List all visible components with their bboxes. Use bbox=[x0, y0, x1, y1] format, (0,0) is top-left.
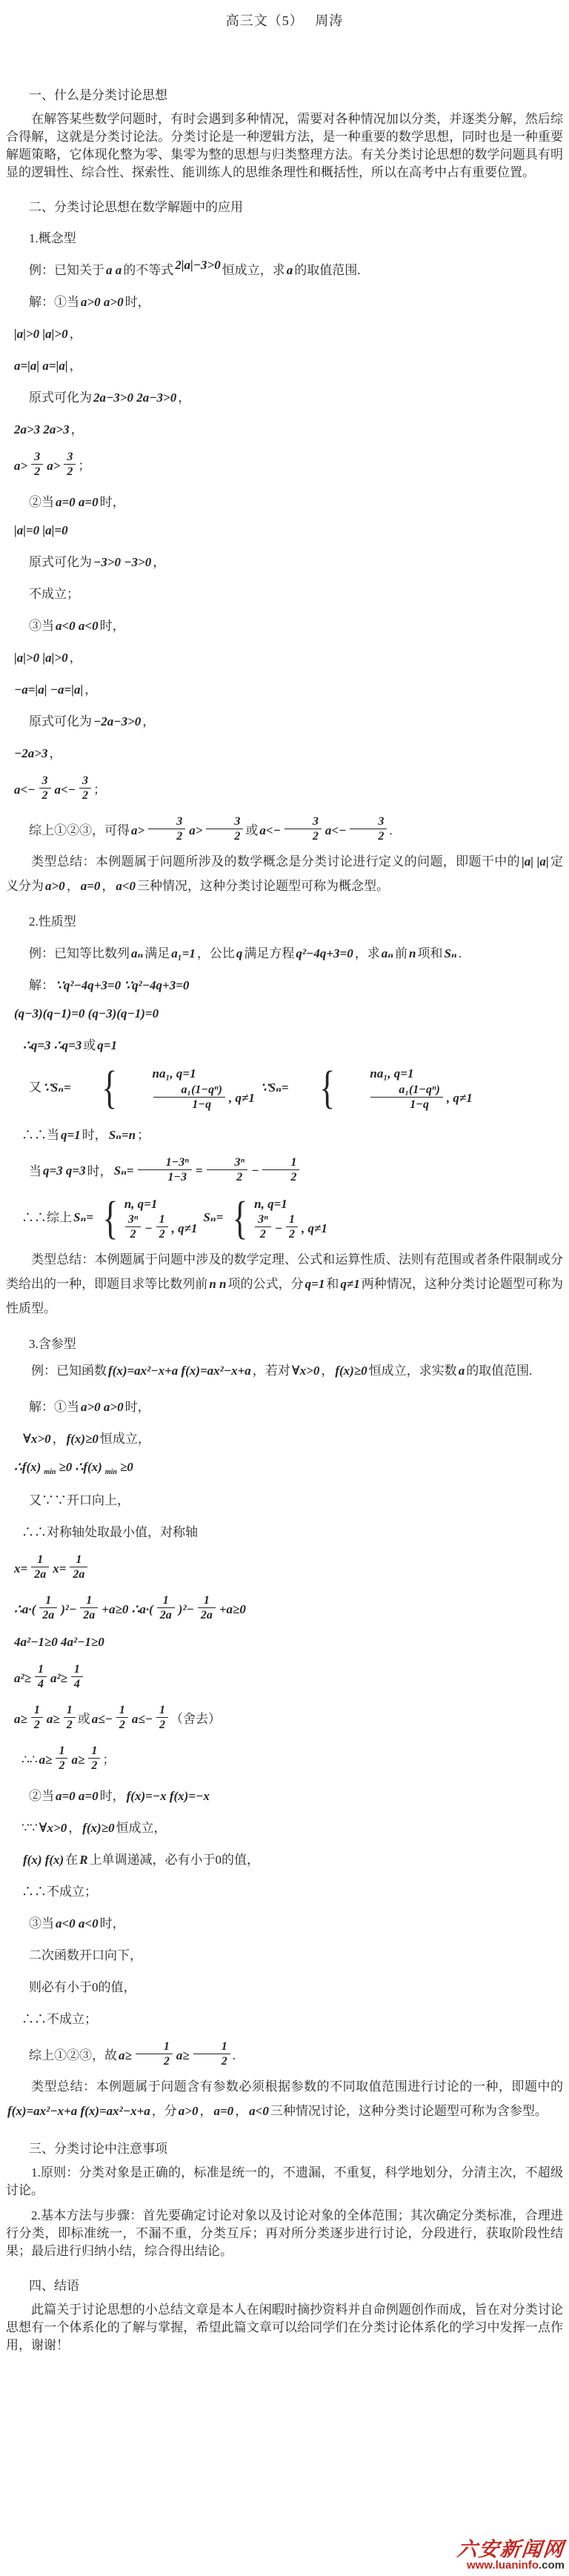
text-run: ； bbox=[78, 459, 90, 473]
case-row: na₁, q=1 bbox=[126, 1066, 256, 1081]
math-run: a≥ bbox=[13, 1712, 29, 1726]
text-run: ③当 bbox=[29, 1916, 54, 1931]
text-run: ③当 bbox=[29, 619, 54, 633]
fraction: 3ⁿ2 bbox=[255, 1213, 271, 1241]
math-run: n, q=1 bbox=[123, 1197, 159, 1211]
math-run: 2|a|−3>0 bbox=[173, 258, 222, 272]
math-run: a≥ bbox=[70, 1753, 86, 1767]
text-run: 恒成立， bbox=[100, 1432, 150, 1446]
doc-line: |a|=0 |a|=0 bbox=[13, 523, 565, 538]
fraction: 3ⁿ2 bbox=[207, 1156, 248, 1184]
text-run: ， bbox=[178, 391, 190, 405]
math-run: ∴a·( bbox=[13, 1602, 37, 1616]
text-run: ， bbox=[70, 327, 82, 341]
text-run: ∴∴不成立； bbox=[21, 1885, 97, 1899]
math-run: f(x)=ax²−x+a f(x)=ax²−x+a bbox=[107, 1364, 253, 1378]
math-run: q=1 bbox=[96, 1038, 119, 1052]
fraction: 32 bbox=[206, 815, 243, 843]
text-run: 的取值范围. bbox=[294, 263, 360, 277]
site-url-suffix: .com bbox=[539, 2559, 565, 2572]
math-run: n n bbox=[207, 1277, 227, 1291]
fraction: 12 bbox=[31, 1704, 43, 1731]
math-subscript: min bbox=[42, 1468, 57, 1476]
math-subscript: min bbox=[104, 1468, 119, 1476]
fraction: 12 bbox=[116, 1704, 128, 1731]
text-run: 综上①②③，可得 bbox=[29, 823, 130, 837]
fraction: 32 bbox=[31, 451, 43, 478]
text-run: 时， bbox=[100, 495, 125, 509]
math-run: a> bbox=[13, 459, 29, 473]
math-run: Sₙ= bbox=[113, 1163, 136, 1178]
fraction: 12a bbox=[31, 1553, 49, 1581]
doc-line: −a=|a| −a=|a|， bbox=[13, 679, 565, 697]
paragraph-conclusion: 此篇关于讨论思想的小总结文章是本人在闲暇时摘抄资料并自命例题创作而成，旨在对分类… bbox=[6, 2301, 563, 2354]
doc-line: 二次函数开口向下， bbox=[4, 1945, 565, 1963]
text-run: 时， bbox=[100, 1916, 125, 1931]
text-run: 项的公式，分 bbox=[228, 1277, 304, 1291]
math-run: ∵Sₙ= bbox=[41, 1080, 73, 1095]
piecewise-cases: {n, q=13ⁿ2−12, q≠1 bbox=[227, 1197, 328, 1241]
piecewise-cases: {na₁, q=1a₁(1−qⁿ)1−q, q≠1 bbox=[76, 1066, 256, 1111]
doc-line: ∴∴当q=1时，Sₙ=n； bbox=[21, 1124, 565, 1143]
math-run: a>0 a>0 bbox=[79, 295, 125, 309]
math-run: a<− bbox=[258, 823, 282, 837]
fraction: 32 bbox=[284, 815, 322, 843]
doc-line: ∀x>0，f(x)≥0恒成立， bbox=[21, 1428, 565, 1447]
math-run: a> bbox=[130, 823, 146, 837]
text-run: 和 bbox=[326, 1277, 339, 1291]
text-run: 例：已知关于 bbox=[29, 263, 104, 277]
text-run: ，分 bbox=[152, 2104, 177, 2118]
fraction: 12 bbox=[286, 1213, 298, 1241]
case-row: a₁(1−qⁿ)1−q, q≠1 bbox=[343, 1083, 473, 1111]
site-url-main: www.luaninfo bbox=[467, 2559, 539, 2572]
text-run: 则必有小于0的值， bbox=[29, 1980, 136, 1994]
text-run: 原式可化为 bbox=[29, 391, 92, 405]
math-run: n bbox=[407, 946, 417, 960]
doc-line: a<−32a<−32； bbox=[13, 774, 565, 802]
math-run: a bbox=[285, 263, 295, 277]
type-summary-concept: 类型总结：本例题属于问题所涉及的数学概念是分类讨论进行定义的问题，即题干中的|a… bbox=[6, 849, 563, 898]
math-run: )²− bbox=[59, 1602, 78, 1616]
math-run: a> bbox=[45, 459, 61, 473]
case-row: n, q=1 bbox=[253, 1197, 329, 1212]
fraction: 32 bbox=[64, 451, 76, 478]
fraction: a₁(1−qⁿ)1−q bbox=[153, 1083, 226, 1111]
paragraph-principle: 1.原则：分类对象是正确的，标准是统一的，不遗漏，不重复，科学地划分，分清主次，… bbox=[6, 2164, 563, 2200]
fraction: 12 bbox=[156, 1213, 168, 1241]
text-run: 上单调递减，必有小于0的值， bbox=[90, 1853, 260, 1867]
section-heading-4: 四、结语 bbox=[4, 2275, 565, 2294]
math-run: f(x)≥0 bbox=[65, 1432, 100, 1446]
text-run: ， bbox=[70, 359, 82, 373]
text-run: 当 bbox=[29, 1163, 41, 1178]
doc-line: 解：①当a>0 a>0时， bbox=[4, 1396, 565, 1415]
math-run: x= bbox=[13, 1561, 29, 1576]
doc-line: ∴a·(12a)²−12a+a≥0 ∴a·(12a)²−12a+a≥0 bbox=[13, 1594, 565, 1621]
text-run: ； bbox=[137, 1128, 150, 1142]
text-run: ∴∴ bbox=[21, 1753, 38, 1767]
text-run: 三种情况，这种分类讨论题型可称为概念型。 bbox=[137, 879, 389, 893]
math-run: f(x)=ax²−x+a f(x)=ax²−x+a bbox=[6, 2104, 152, 2118]
case-row: na₁, q=1 bbox=[343, 1066, 473, 1081]
doc-line: |a|>0 |a|>0， bbox=[13, 647, 565, 665]
math-run: Sₙ= bbox=[72, 1210, 95, 1224]
text-run: 时， bbox=[100, 619, 125, 633]
subsection-parameter: 3.含参型 bbox=[4, 1333, 565, 1352]
doc-line: 则必有小于0的值， bbox=[4, 1976, 565, 1995]
math-run: , q≠1 bbox=[227, 1091, 256, 1105]
doc-line: 又∵∵开口向上， bbox=[4, 1490, 565, 1508]
text-run: 满足方程 bbox=[244, 946, 294, 960]
math-run: ∴f(x) bbox=[13, 1460, 42, 1474]
fraction: 14 bbox=[71, 1663, 83, 1690]
doc-line: 原式可化为2a−3>0 2a−3>0， bbox=[4, 387, 565, 405]
doc-line: 当q=3 q=3时，Sₙ=1−3ⁿ1−3=3ⁿ2−12 bbox=[4, 1156, 565, 1184]
text-run: 的不等式 bbox=[123, 263, 173, 277]
math-run: a≥ bbox=[117, 2048, 133, 2062]
math-run: n, q=1 bbox=[253, 1197, 289, 1211]
math-run: 2a−3>0 2a−3>0 bbox=[92, 391, 178, 405]
text-run: 二次函数开口向下， bbox=[29, 1948, 142, 1962]
math-run: 2a>3 2a>3 bbox=[13, 422, 71, 436]
math-run: q²−4q+3=0 bbox=[294, 946, 354, 960]
document-page: 高三文（5） 周涛一、什么是分类讨论思想在解答某些数学问题时，有时会遇到多种情况… bbox=[0, 0, 569, 2576]
subsection-concept: 1.概念型 bbox=[4, 228, 565, 246]
math-run: , q≠1 bbox=[300, 1221, 329, 1235]
subsection-property: 2.性质型 bbox=[4, 911, 565, 929]
brace-glyph: { bbox=[301, 1069, 336, 1108]
math-run: Sₙ=n bbox=[107, 1128, 137, 1142]
math-run: ∵Sₙ= bbox=[259, 1080, 290, 1095]
math-run: ∴q=3 ∴q=3 bbox=[21, 1038, 83, 1052]
math-run: Sₙ= bbox=[202, 1210, 224, 1224]
text-run: 或 bbox=[83, 1038, 96, 1052]
watermark: 六安新闻网 www.luaninfo.com bbox=[457, 2539, 565, 2572]
math-run: −a=|a| −a=|a| bbox=[13, 683, 84, 697]
site-url: www.luaninfo.com bbox=[457, 2560, 565, 2572]
doc-line: a²≥14a²≥14 bbox=[13, 1663, 565, 1690]
doc-line: ∴q=3 ∴q=3或q=1 bbox=[21, 1035, 565, 1053]
text-run: 恒成立，求实数 bbox=[369, 1364, 457, 1378]
text-run: 满足 bbox=[144, 946, 170, 960]
doc-line: a>32a>32； bbox=[13, 451, 565, 478]
text-run: ， bbox=[199, 2104, 212, 2118]
fraction: 12a bbox=[39, 1594, 57, 1621]
text-run: 时， bbox=[87, 1163, 113, 1178]
text-run: 综上①②③，故 bbox=[29, 2048, 117, 2062]
math-run: a₁=1 bbox=[170, 946, 197, 960]
text-run: 或 bbox=[245, 823, 258, 837]
fraction: 12a bbox=[80, 1594, 98, 1621]
math-run: a=0 bbox=[212, 2104, 235, 2118]
doc-line: 综上①②③，故a≥12a≥12. bbox=[4, 2040, 565, 2068]
math-run: , q≠1 bbox=[170, 1221, 199, 1235]
doc-line: ∴f(x)min≥0 ∴f(x)min≥0 bbox=[13, 1460, 565, 1476]
fraction: 12a bbox=[157, 1594, 175, 1621]
fraction: 12 bbox=[262, 1156, 299, 1184]
doc-line: ③当a<0 a<0时， bbox=[4, 1913, 565, 1931]
doc-line: 原式可化为−2a−3>0， bbox=[4, 711, 565, 729]
math-run: −3>0 −3>0 bbox=[92, 555, 153, 569]
doc-line: 2a>3 2a>3， bbox=[13, 419, 565, 437]
doc-line: 4a²−1≥0 4a²−1≥0 bbox=[13, 1635, 565, 1650]
math-run: na₁, q=1 bbox=[151, 1066, 198, 1080]
doc-line: 例：已知函数f(x)=ax²−x+a f(x)=ax²−x+a，若对∀x>0，f… bbox=[6, 1358, 563, 1383]
doc-line: 解：①当a>0 a>0时， bbox=[4, 291, 565, 310]
fraction: 32 bbox=[350, 815, 387, 843]
math-run: a<− bbox=[324, 823, 348, 837]
text-run: 恒成立， bbox=[116, 1821, 167, 1835]
doc-line: a=|a| a=|a|， bbox=[13, 355, 565, 374]
text-run: ，若对 bbox=[253, 1364, 290, 1378]
fraction: 32 bbox=[79, 774, 91, 802]
fraction: 12a bbox=[198, 1594, 216, 1621]
case-row: 3ⁿ2−12, q≠1 bbox=[123, 1213, 199, 1241]
doc-title: 高三文（5） 周涛 bbox=[4, 0, 565, 30]
text-run: 的取值范围. bbox=[466, 1364, 532, 1378]
text-run: ，求 bbox=[355, 946, 380, 960]
text-run: 三种情况讨论，这种分类讨论题型可称为含参型。 bbox=[270, 2104, 548, 2118]
math-run: na₁, q=1 bbox=[368, 1066, 415, 1080]
brace-glyph: { bbox=[83, 1069, 118, 1108]
math-run: q=1 bbox=[304, 1277, 327, 1291]
doc-line: ③当a<0 a<0时， bbox=[4, 615, 565, 634]
math-run: aₙ bbox=[380, 946, 395, 960]
text-run: 解：①当 bbox=[29, 1400, 79, 1414]
math-run: ∵q²−4q+3=0 ∵q²−4q+3=0 bbox=[54, 978, 190, 992]
math-run: ≥0 bbox=[119, 1460, 135, 1474]
doc-line: (q−3)(q−1)=0 (q−3)(q−1)=0 bbox=[13, 1006, 565, 1021]
text-run: 时， bbox=[125, 1400, 150, 1414]
text-run: ， bbox=[235, 2104, 247, 2118]
doc-line: −2a>3， bbox=[13, 743, 565, 761]
text-run: ， bbox=[102, 879, 114, 893]
text-run: ∵∵ bbox=[21, 1821, 38, 1835]
math-run: a<− bbox=[53, 783, 78, 797]
fraction: 12 bbox=[193, 2040, 230, 2068]
section-heading-3: 三、分类讨论中注意事项 bbox=[4, 2138, 565, 2157]
math-run: −2a>3 bbox=[13, 746, 50, 760]
math-run: a≥ bbox=[45, 1712, 61, 1726]
text-run: . bbox=[459, 946, 462, 960]
math-run: x= bbox=[51, 1561, 67, 1576]
section-heading-1: 一、什么是分类讨论思想 bbox=[4, 84, 565, 103]
text-run: ∴∴综上 bbox=[21, 1210, 72, 1224]
text-run: 原式可化为 bbox=[29, 714, 92, 728]
math-run: a²≥ bbox=[13, 1671, 33, 1685]
fraction: 12 bbox=[156, 1704, 168, 1731]
text-run: ②当 bbox=[29, 1789, 54, 1803]
brace-glyph: { bbox=[102, 1199, 119, 1238]
doc-line: 又∵Sₙ={na₁, q=1a₁(1−qⁿ)1−q, q≠1∵Sₙ={na₁, … bbox=[4, 1066, 565, 1111]
fraction: 32 bbox=[39, 774, 51, 802]
fraction: a₁(1−qⁿ)1−q bbox=[370, 1083, 443, 1111]
text-run: ， bbox=[321, 1364, 333, 1378]
math-run: − bbox=[273, 1221, 284, 1235]
math-run: a>0 a>0 bbox=[79, 1400, 125, 1414]
fraction: 14 bbox=[35, 1663, 47, 1690]
text-run: 例：已知函数 bbox=[31, 1364, 107, 1378]
math-run: a<0 a<0 bbox=[54, 1916, 100, 1931]
math-run: |a|>0 |a|>0 bbox=[13, 327, 70, 341]
doc-line: ∴∴不成立； bbox=[21, 1881, 565, 1899]
text-run: ， bbox=[70, 651, 82, 665]
math-run: ∀x>0 bbox=[38, 1821, 69, 1835]
type-summary-property: 类型总结：本例题属于问题中涉及的数学定理、公式和运算性质、法则有范围或者条件限制… bbox=[6, 1247, 563, 1321]
fraction: 1−3ⁿ1−3 bbox=[138, 1156, 192, 1184]
math-run: +a≥0 bbox=[218, 1602, 247, 1616]
math-run: −2a−3>0 bbox=[92, 714, 142, 728]
math-run: Sₙ bbox=[442, 946, 458, 960]
text-run: 不成立； bbox=[29, 587, 79, 601]
math-run: +a≥0 ∴a·( bbox=[100, 1602, 155, 1616]
case-row: a₁(1−qⁿ)1−q, q≠1 bbox=[126, 1083, 256, 1111]
math-run: |a|>0 |a|>0 bbox=[13, 651, 70, 665]
doc-line: 例：已知等比数列aₙ满足a₁=1，公比q满足方程q²−4q+3=0，求aₙ前n项… bbox=[4, 943, 565, 961]
doc-line: ②当a=0 a=0时， bbox=[4, 491, 565, 510]
math-run: |a|=0 |a|=0 bbox=[13, 523, 70, 537]
math-run: f(x)≥0 bbox=[333, 1364, 368, 1378]
text-run: ， bbox=[53, 1432, 65, 1446]
case-row: n, q=1 bbox=[123, 1197, 199, 1212]
doc-line: ∴∴综上Sₙ={n, q=13ⁿ2−12, q≠1Sₙ={n, q=13ⁿ2−1… bbox=[21, 1197, 565, 1241]
math-run: |a| |a| bbox=[520, 854, 550, 869]
text-run: 解： bbox=[29, 978, 54, 992]
text-run: ∴∴对称轴处取最小值，对称轴 bbox=[21, 1525, 198, 1539]
doc-line: ∴∴对称轴处取最小值，对称轴 bbox=[21, 1521, 565, 1540]
math-run: = bbox=[194, 1163, 204, 1178]
text-run: ， bbox=[84, 683, 97, 697]
text-run: 前 bbox=[395, 946, 407, 960]
math-run: f(x)≥0 bbox=[81, 1821, 116, 1835]
math-run: a a bbox=[104, 263, 123, 277]
math-run: a>0 bbox=[177, 2104, 200, 2118]
math-run: q=1 bbox=[59, 1128, 82, 1142]
text-run: ， bbox=[71, 422, 84, 436]
math-run: a bbox=[457, 1364, 467, 1378]
math-run: − bbox=[250, 1163, 260, 1178]
doc-line: f(x) f(x)在R上单调递减，必有小于0的值， bbox=[21, 1849, 565, 1868]
fraction: 32 bbox=[148, 815, 185, 843]
site-logo-text: 六安新闻网 bbox=[456, 2539, 566, 2560]
text-run: ； bbox=[102, 1753, 115, 1767]
math-run: a>0 bbox=[44, 879, 67, 893]
piecewise-cases: {na₁, q=1a₁(1−qⁿ)1−q, q≠1 bbox=[293, 1066, 474, 1111]
math-run: q≠1 bbox=[339, 1277, 361, 1291]
doc-line: 例：已知关于a a的不等式2|a|−3>0恒成立，求a的取值范围. bbox=[4, 259, 565, 278]
math-run: a=0 a=0 bbox=[54, 1789, 100, 1803]
document-body: 高三文（5） 周涛一、什么是分类讨论思想在解答某些数学问题时，有时会遇到多种情况… bbox=[0, 0, 569, 2354]
doc-line: ∵∵∀x>0，f(x)≥0恒成立， bbox=[21, 1817, 565, 1836]
math-run: a=|a| a=|a| bbox=[13, 359, 70, 373]
text-run: ， bbox=[68, 1821, 81, 1835]
math-run: )²− bbox=[177, 1602, 196, 1616]
text-run: 例：已知等比数列 bbox=[29, 946, 130, 960]
math-run: a<0 a<0 bbox=[54, 619, 100, 633]
doc-line: ∴∴a≥12a≥12； bbox=[21, 1745, 565, 1772]
fraction: 12 bbox=[136, 2040, 173, 2068]
text-run: 类型总结：本例题属于问题所涉及的数学概念是分类讨论进行定义的问题，即题干中的 bbox=[31, 854, 520, 869]
text-run: ∴∴当 bbox=[21, 1128, 59, 1142]
type-summary-parameter: 类型总结：本例题属于问题含有参数必须根据参数的不同取值范围进行讨论的一种，即题中… bbox=[6, 2074, 563, 2123]
fraction: 12 bbox=[56, 1745, 67, 1772]
math-run: a≥ bbox=[38, 1753, 54, 1767]
doc-line: a≥12a≥12或a≤−12a≤−12（舍去） bbox=[13, 1704, 565, 1731]
text-run: 又 bbox=[29, 1080, 41, 1095]
math-run: − bbox=[143, 1221, 153, 1235]
text-run: ， bbox=[142, 714, 155, 728]
text-run: 时， bbox=[125, 295, 150, 309]
doc-line: 综上①②③，可得a>32a>32或a<−32a<−32. bbox=[4, 815, 565, 843]
math-run: a≤− bbox=[130, 1712, 154, 1726]
math-run: a<− bbox=[13, 783, 37, 797]
math-run: a≥ bbox=[175, 2048, 191, 2062]
fraction: 3ⁿ2 bbox=[125, 1213, 142, 1241]
piecewise-cases: {n, q=13ⁿ2−12, q≠1 bbox=[98, 1197, 199, 1241]
doc-line: |a|>0 |a|>0， bbox=[13, 323, 565, 342]
doc-line: 不成立； bbox=[4, 583, 565, 602]
text-run: 又∵∵开口向上， bbox=[29, 1493, 130, 1507]
text-run: . bbox=[233, 2048, 236, 2062]
math-run: a≤− bbox=[90, 1712, 114, 1726]
math-run: , q≠1 bbox=[445, 1091, 474, 1105]
math-run: aₙ bbox=[130, 946, 144, 960]
text-run: 项和 bbox=[417, 946, 442, 960]
math-run: a=0 a=0 bbox=[54, 495, 100, 509]
math-run: ∀x>0 bbox=[21, 1432, 53, 1446]
math-run: a<0 bbox=[247, 2104, 270, 2118]
section-heading-2: 二、分类讨论思想在数学解题中的应用 bbox=[4, 196, 565, 215]
fraction: 12 bbox=[88, 1745, 100, 1772]
math-run: q bbox=[235, 946, 244, 960]
text-run: ②当 bbox=[29, 495, 54, 509]
text-run: ， bbox=[50, 746, 62, 760]
math-run: q=3 q=3 bbox=[41, 1163, 87, 1178]
fraction: 12 bbox=[64, 1704, 76, 1731]
text-run: ， bbox=[153, 555, 165, 569]
math-run: a<0 bbox=[114, 879, 137, 893]
text-run: ， bbox=[67, 879, 79, 893]
math-run: f(x)=−x f(x)=−x bbox=[125, 1789, 211, 1803]
text-run: 在 bbox=[65, 1853, 78, 1867]
brace-glyph: { bbox=[231, 1199, 249, 1238]
text-run: 时， bbox=[82, 1128, 107, 1142]
text-run: ； bbox=[93, 783, 106, 797]
doc-line: 原式可化为−3>0 −3>0， bbox=[4, 551, 565, 570]
math-run: f(x) f(x) bbox=[21, 1853, 65, 1867]
text-run: 类型总结：本例题属于问题含有参数必须根据参数的不同取值范围进行讨论的一种，即题中… bbox=[31, 2079, 563, 2094]
text-run: 或 bbox=[78, 1712, 90, 1726]
case-row: 3ⁿ2−12, q≠1 bbox=[253, 1213, 329, 1241]
text-run: 解：①当 bbox=[29, 295, 79, 309]
math-run: R bbox=[78, 1853, 89, 1867]
math-run: ≥0 ∴f(x) bbox=[57, 1460, 103, 1474]
doc-line: x=12ax=12a bbox=[13, 1553, 565, 1581]
math-run: a=0 bbox=[79, 879, 102, 893]
fraction: 12a bbox=[70, 1553, 87, 1581]
paragraph-intro: 在解答某些数学问题时，有时会遇到多种情况，需要对各种情况加以分类，并逐类分解，然… bbox=[6, 110, 563, 182]
math-run: a²≥ bbox=[49, 1671, 69, 1685]
math-run: ∀x>0 bbox=[290, 1364, 322, 1378]
text-run: 恒成立，求 bbox=[222, 263, 285, 277]
text-run: ，公比 bbox=[197, 946, 235, 960]
text-run: 时， bbox=[100, 1789, 125, 1803]
doc-line: ②当a=0 a=0时，f(x)=−x f(x)=−x bbox=[4, 1785, 565, 1804]
doc-line: 解：∵q²−4q+3=0 ∵q²−4q+3=0 bbox=[4, 975, 565, 993]
math-run: a> bbox=[187, 823, 204, 837]
text-run: . bbox=[389, 823, 392, 837]
